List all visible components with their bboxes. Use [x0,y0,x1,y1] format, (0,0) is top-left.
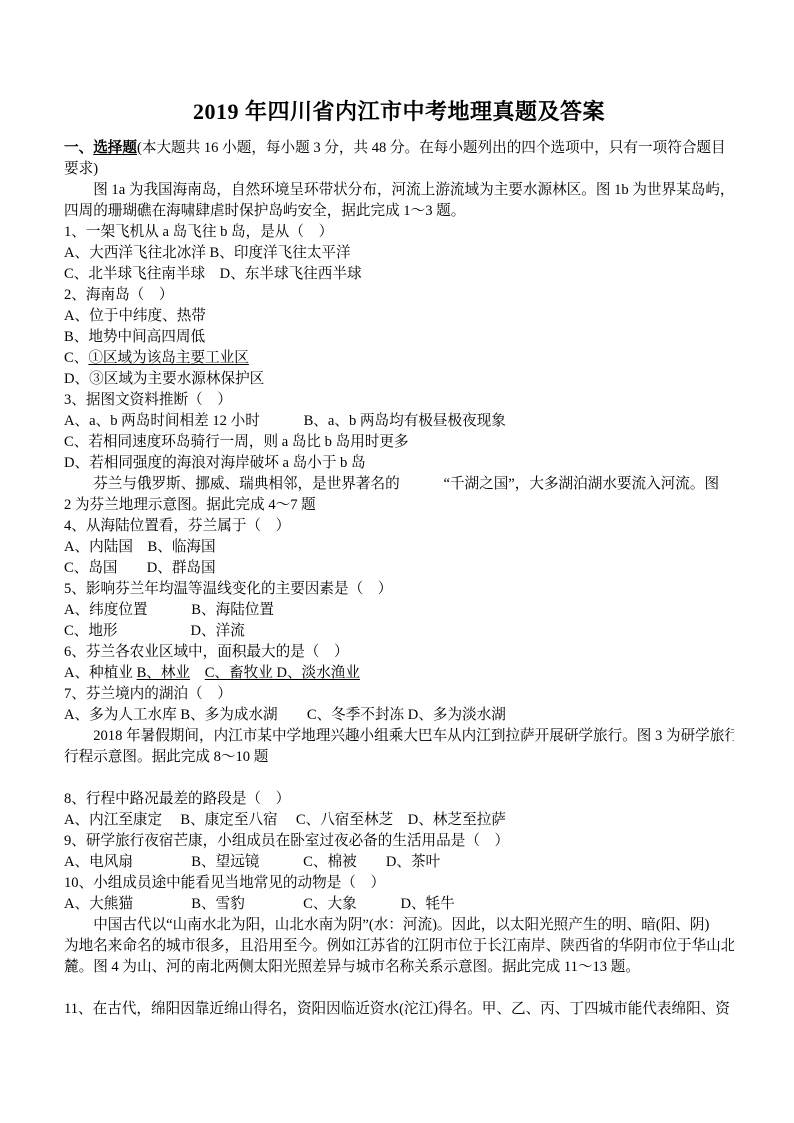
text-line: 为地名来命名的城市很多，且沿用至今。例如江苏省的江阴市位于长江南岸、陕西省的华阴… [64,936,734,957]
text-segment: D、若相同强度的海浪对海岸破坏 a 岛小于 b 岛 [64,455,366,471]
text-line: 3、据图文资料推断（ ） [64,390,734,411]
text-segment: A、多为人工水库 B、多为成水湖 C、冬季不封冻 D、多为淡水湖 [64,707,506,723]
text-line: 行程示意图。据此完成 8～10 题 [64,747,734,768]
text-line: C、北半球飞往南半球 D、东半球飞往西半球 [64,264,734,285]
text-segment: 行程示意图。据此完成 8～10 题 [64,749,268,765]
text-segment: B、地势中间高四周低 [64,329,205,345]
text-line: C、①区域为该岛主要工业区 [64,348,734,369]
text-segment: C、北半球飞往南半球 D、东半球飞往西半球 [64,266,362,282]
text-line: 要求) [64,159,734,180]
text-line: C、地形 D、洋流 [64,621,734,642]
text-segment: 一、 [64,140,93,156]
text-segment: C、若相同速度环岛骑行一周，则 a 岛比 b 岛用时更多 [64,434,409,450]
text-line: 9、研学旅行夜宿芒康，小组成员在卧室过夜必备的生活用品是（ ） [64,831,734,852]
text-line: 芬兰与俄罗斯、挪威、瑞典相邻，是世界著名的 “千湖之国”，大多湖泊湖水要流入河流… [64,474,734,495]
text-line: A、a、b 两岛时间相差 12 小时 B、a、b 两岛均有极昼极夜现象 [64,411,734,432]
text-segment: C、岛国 D、群岛国 [64,560,216,576]
text-line: B、地势中间高四周低 [64,327,734,348]
text-line: A、内江至康定 B、康定至八宿 C、八宿至林芝 D、林芝至拉萨 [64,810,734,831]
text-segment: C、地形 D、洋流 [64,623,245,639]
text-line: 8、行程中路况最差的路段是（ ） [64,789,734,810]
text-segment: 4、从海陆位置看，芬兰属于（ ） [64,518,290,534]
text-segment: 中国古代以“山南水北为阳，山北水南为阴”(水：河流)。因此，以太阳光照产生的明、… [64,917,709,933]
page-title: 2019 年四川省内江市中考地理真题及答案 [64,97,734,127]
text-line: A、位于中纬度、热带 [64,306,734,327]
text-segment: 芬兰与俄罗斯、挪威、瑞典相邻，是世界著名的 “千湖之国”，大多湖泊湖水要流入河流… [64,476,719,492]
text-segment: 四周的珊瑚礁在海啸肆虐时保护岛屿安全，据此完成 1～3 题。 [64,203,465,219]
text-line: 图 1a 为我国海南岛，自然环境呈环带状分布，河流上游流域为主要水源林区。图 1… [64,180,734,201]
text-line: C、若相同速度环岛骑行一周，则 a 岛比 b 岛用时更多 [64,432,734,453]
text-line: 5、影响芬兰年均温等温线变化的主要因素是（ ） [64,579,734,600]
text-line: D、若相同强度的海浪对海岸破坏 a 岛小于 b 岛 [64,453,734,474]
text-line: A、大熊猫 B、雪豹 C、大象 D、牦牛 [64,894,734,915]
text-line: 2、海南岛（ ） [64,285,734,306]
text-segment: D、③区域为主要水源林保护区 [64,371,264,387]
text-segment: 5、影响芬兰年均温等温线变化的主要因素是（ ） [64,581,392,597]
text-line: A、大西洋飞往北冰洋 B、印度洋飞往太平洋 [64,243,734,264]
text-segment: A、内江至康定 B、康定至八宿 C、八宿至林芝 D、林芝至拉萨 [64,812,506,828]
text-segment: 2、海南岛（ ） [64,287,173,303]
text-segment: A、大熊猫 B、雪豹 C、大象 D、牦牛 [64,896,455,912]
text-line: 4、从海陆位置看，芬兰属于（ ） [64,516,734,537]
text-segment: A、大西洋飞往北冰洋 B、印度洋飞往太平洋 [64,245,351,261]
text-segment: 选择题 [93,140,137,156]
text-line: 中国古代以“山南水北为阳，山北水南为阴”(水：河流)。因此，以太阳光照产生的明、… [64,915,734,936]
text-segment: A、纬度位置 B、海陆位置 [64,602,274,618]
text-line: 一、选择题(本大题共 16 小题，每小题 3 分，共 48 分。在每小题列出的四… [64,138,734,159]
text-segment: A、内陆国 B、临海国 [64,539,216,555]
text-segment: 要求) [64,161,98,177]
text-segment: (本大题共 16 小题，每小题 3 分，共 48 分。在每小题列出的四个选项中，… [137,140,726,156]
text-segment: A、a、b 两岛时间相差 12 小时 B、a、b 两岛均有极昼极夜现象 [64,413,506,429]
text-segment: A、种植业 [64,665,137,681]
document-body: 一、选择题(本大题共 16 小题，每小题 3 分，共 48 分。在每小题列出的四… [64,138,734,1020]
text-segment: 10、小组成员途中能看见当地常见的动物是（ ） [64,875,385,891]
text-segment: 9、研学旅行夜宿芒康，小组成员在卧室过夜必备的生活用品是（ ） [64,833,509,849]
text-segment: 图 1a 为我国海南岛，自然环境呈环带状分布，河流上游流域为主要水源林区。图 1… [64,182,734,198]
text-segment [190,665,205,681]
text-line: 1、一架飞机从 a 岛飞往 b 岛，是从（ ） [64,222,734,243]
text-segment: 2 为芬兰地理示意图。据此完成 4～7 题 [64,497,316,513]
text-segment: C、畜牧业 D、淡水渔业 [205,665,360,681]
text-segment: 11、在古代，绵阳因靠近绵山得名，资阳因临近资水(沱江)得名。甲、乙、丙、丁四城… [64,1001,730,1017]
text-line: 10、小组成员途中能看见当地常见的动物是（ ） [64,873,734,894]
text-line: 11、在古代，绵阳因靠近绵山得名，资阳因临近资水(沱江)得名。甲、乙、丙、丁四城… [64,999,734,1020]
text-segment: C、 [64,350,88,366]
text-line: A、电风扇 B、望远镜 C、棉被 D、茶叶 [64,852,734,873]
text-line: 麓。图 4 为山、河的南北两侧太阳光照差异与城市名称关系示意图。据此完成 11～… [64,957,734,978]
text-line: 2 为芬兰地理示意图。据此完成 4～7 题 [64,495,734,516]
text-line: D、③区域为主要水源林保护区 [64,369,734,390]
text-segment: B、林业 [137,665,191,681]
text-line: 2018 年暑假期间，内江市某中学地理兴趣小组乘大巴车从内江到拉萨开展研学旅行。… [64,726,734,747]
blank-line [64,768,734,789]
text-segment: 3、据图文资料推断（ ） [64,392,232,408]
text-line: A、种植业 B、林业 C、畜牧业 D、淡水渔业 [64,663,734,684]
text-segment: A、位于中纬度、热带 [64,308,206,324]
text-line: C、岛国 D、群岛国 [64,558,734,579]
text-line: A、内陆国 B、临海国 [64,537,734,558]
text-segment: 1、一架飞机从 a 岛飞往 b 岛，是从（ ） [64,224,333,240]
text-line: 6、芬兰各农业区域中，面积最大的是（ ） [64,642,734,663]
text-segment: 麓。图 4 为山、河的南北两侧太阳光照差异与城市名称关系示意图。据此完成 11～… [64,959,640,975]
text-segment: 7、芬兰境内的湖泊（ ） [64,686,232,702]
text-line: A、纬度位置 B、海陆位置 [64,600,734,621]
text-line: A、多为人工水库 B、多为成水湖 C、冬季不封冻 D、多为淡水湖 [64,705,734,726]
blank-line [64,978,734,999]
text-segment: 为地名来命名的城市很多，且沿用至今。例如江苏省的江阴市位于长江南岸、陕西省的华阴… [64,938,734,954]
text-segment: 2018 年暑假期间，内江市某中学地理兴趣小组乘大巴车从内江到拉萨开展研学旅行。… [64,728,734,744]
text-segment: 6、芬兰各农业区域中，面积最大的是（ ） [64,644,349,660]
text-line: 四周的珊瑚礁在海啸肆虐时保护岛屿安全，据此完成 1～3 题。 [64,201,734,222]
text-segment: A、电风扇 B、望远镜 C、棉被 D、茶叶 [64,854,440,870]
text-segment: ①区域为该岛主要工业区 [88,350,249,366]
document-page: 2019 年四川省内江市中考地理真题及答案 一、选择题(本大题共 16 小题，每… [0,0,794,1123]
text-segment: 8、行程中路况最差的路段是（ ） [64,791,290,807]
text-line: 7、芬兰境内的湖泊（ ） [64,684,734,705]
